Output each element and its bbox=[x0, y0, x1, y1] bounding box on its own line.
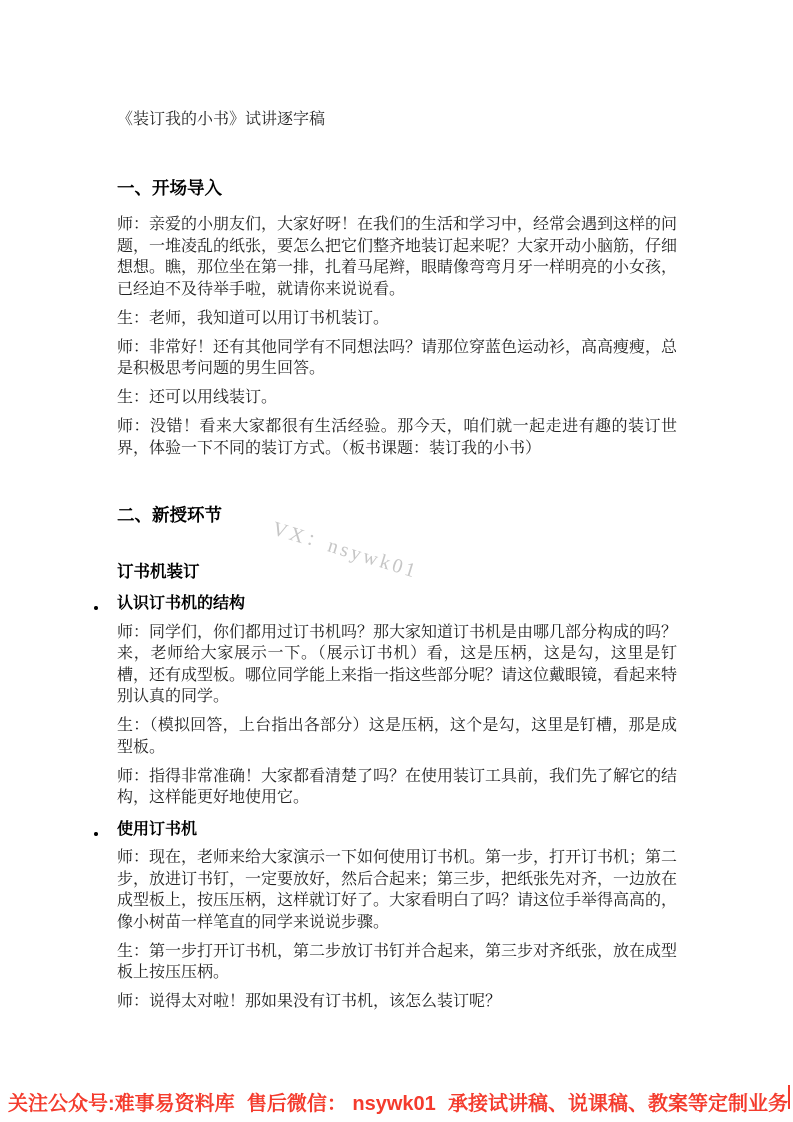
bullet-dot-icon bbox=[94, 832, 98, 836]
document-title: 《装订我的小书》试讲逐字稿 bbox=[117, 108, 677, 132]
subsection-heading-stapler-binding: 订书机装订 bbox=[117, 561, 677, 583]
document-page: VX：nsywk01 《装订我的小书》试讲逐字稿 一、开场导入 师：亲爱的小朋友… bbox=[0, 0, 793, 1122]
footer-banner: 关注公众号:难事易资料库 售后微信： nsywk01 承接试讲稿、说课稿、教案等… bbox=[8, 1087, 788, 1116]
teacher-dialogue-paragraph: 师：非常好！还有其他同学有不同想法吗？请那位穿蓝色运动衫，高高瘦瘦，总是积极思考… bbox=[117, 337, 677, 380]
document-content: 《装订我的小书》试讲逐字稿 一、开场导入 师：亲爱的小朋友们，大家好呀！在我们的… bbox=[0, 0, 793, 1013]
topic-item-using-stapler: 使用订书机 bbox=[117, 819, 677, 840]
teacher-dialogue-paragraph: 师：指得非常准确！大家都看清楚了吗？在使用装订工具前，我们先了解它的结构，这样能… bbox=[117, 766, 677, 809]
teacher-dialogue-paragraph: 师：亲爱的小朋友们，大家好呀！在我们的生活和学习中，经常会遇到这样的问题，一堆凌… bbox=[117, 214, 677, 300]
footer-public-account: 关注公众号:难事易资料库 bbox=[8, 1087, 235, 1116]
student-dialogue-paragraph: 生：（模拟回答，上台指出各部分）这是压柄，这个是勾，这里是钉槽，那是成型板。 bbox=[117, 715, 677, 758]
section-1-heading: 一、开场导入 bbox=[117, 176, 677, 200]
footer-services: 承接试讲稿、说课稿、教案等定制业务 bbox=[448, 1087, 788, 1116]
topic-heading: 认识订书机的结构 bbox=[117, 595, 245, 612]
student-dialogue-paragraph: 生：老师，我知道可以用订书机装订。 bbox=[117, 308, 677, 330]
section-2-heading: 二、新授环节 bbox=[117, 503, 677, 527]
bullet-dot-icon bbox=[94, 606, 98, 610]
student-dialogue-paragraph: 生：还可以用线装订。 bbox=[117, 387, 677, 409]
teacher-dialogue-paragraph: 师：同学们，你们都用过订书机吗？那大家知道订书机是由哪几部分构成的吗？来，老师给… bbox=[117, 622, 677, 708]
teacher-dialogue-paragraph: 师：说得太对啦！那如果没有订书机，该怎么装订呢？ bbox=[117, 991, 677, 1013]
teacher-dialogue-paragraph: 师：没错！看来大家都很有生活经验。那今天，咱们就一起走进有趣的装订世界，体验一下… bbox=[117, 416, 677, 459]
teacher-dialogue-paragraph: 师：现在，老师来给大家演示一下如何使用订书机。第一步，打开订书机；第二步，放进订… bbox=[117, 847, 677, 933]
topic-item-stapler-structure: 认识订书机的结构 bbox=[117, 593, 677, 614]
footer-wechat-contact: 售后微信： nsywk01 bbox=[247, 1087, 436, 1116]
topic-heading: 使用订书机 bbox=[117, 821, 197, 838]
student-dialogue-paragraph: 生：第一步打开订书机，第二步放订书钉并合起来，第三步对齐纸张，放在成型板上按压压… bbox=[117, 941, 677, 984]
footer-edge-mark bbox=[788, 1085, 790, 1109]
